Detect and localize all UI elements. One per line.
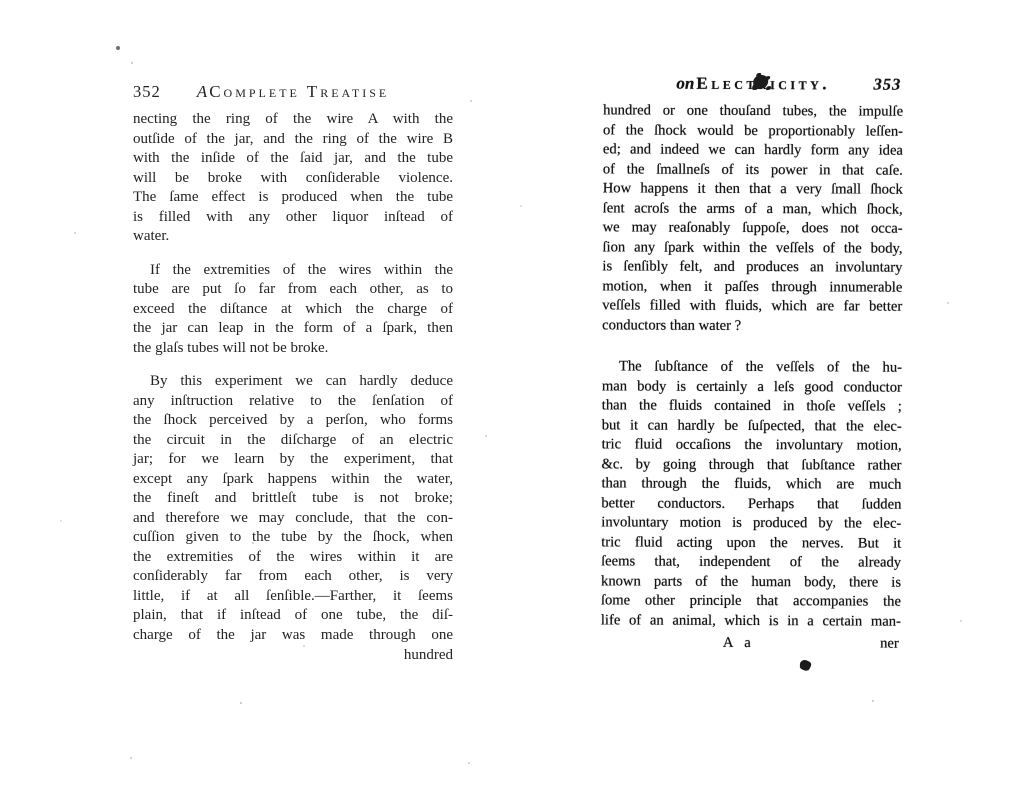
text-line: the glaſs tubes will not be broke. (133, 339, 453, 359)
text-line: and therefore we may conclude, that the … (133, 509, 453, 529)
text-line: necting the ring of the wire A with the (133, 110, 453, 130)
text-line: tric fluid acting upon the nerves. But i… (601, 533, 901, 554)
left-running-header: 352 AComplete Treatise (133, 82, 453, 107)
paragraph: The ſubſtance of the veſſels of the hu-m… (601, 357, 902, 631)
text-line: ſion any ſpark within the veſſels of the… (602, 238, 902, 259)
text-line: is ſenſibly felt, and produces an involu… (602, 257, 902, 278)
text-line: of the ſmallneſs of its power in that ca… (603, 160, 903, 181)
text-line: ſent acroſs the arms of a man, which ſho… (603, 199, 903, 220)
text-line: cuſſion given to the tube by the ſhock, … (133, 528, 453, 548)
paragraph: hundred or one thouſand tubes, the impul… (602, 101, 903, 336)
text-line: the jar can leap in the form of a ſpark,… (133, 319, 453, 339)
text-line: except any ſpark happens within the wate… (133, 470, 453, 490)
text-line: man body is certainly a leſs good conduc… (602, 377, 902, 398)
right-page-body: hundred or one thouſand tubes, the impul… (601, 101, 903, 631)
signature-row: A a ner (601, 634, 901, 655)
text-line: known parts of the human body, there is (601, 572, 901, 593)
text-line: life of an animal, which is in a certain… (601, 611, 901, 632)
running-title-lead: A (197, 82, 207, 101)
text-line: any inſtruction relative to the ſenſatio… (133, 392, 453, 412)
text-line: of the ſhock would be proportionably leſ… (603, 121, 903, 142)
text-line: How happens it then that a very ſmall ſh… (603, 179, 903, 200)
text-line: &c. by going through that ſubſtance rath… (602, 455, 902, 476)
text-line: ſeems that, independent of the already (601, 552, 901, 573)
text-line: The ſubſtance of the veſſels of the hu- (602, 357, 902, 378)
text-line: charge of the jar was made through one (133, 626, 453, 646)
text-line: we may reaſonably ſuppoſe, does not occa… (603, 218, 903, 239)
paragraph: necting the ring of the wire A with theo… (133, 110, 453, 247)
text-line: ſome other principle that accompanies th… (601, 591, 901, 612)
text-line: than through the fluids, which are much (601, 474, 901, 495)
text-line: plain, that if inſtead of one tube, the … (133, 606, 453, 626)
book-scan: 352 AComplete Treatise necting the ring … (0, 0, 1024, 791)
text-line: outſide of the jar, and the ring of the … (133, 130, 453, 150)
ink-blot-icon (798, 658, 812, 672)
text-line: will be broke with conſiderable violence… (133, 169, 453, 189)
text-line: By this experiment we can hardly deduce (133, 372, 453, 392)
text-line: than the fluids contained in thoſe veſſe… (602, 396, 902, 417)
left-catchword: hundred (133, 646, 453, 666)
paragraph: If the extremities of the wires within t… (133, 261, 453, 359)
text-line: with the inſide of the ſaid jar, and the… (133, 149, 453, 169)
right-page-number: 353 (873, 75, 901, 95)
running-title-text: Complete Treatise (209, 82, 389, 101)
text-line: If the extremities of the wires within t… (133, 261, 453, 281)
text-line: motion, when it paſſes through innumerab… (602, 277, 902, 298)
text-line: water. (133, 227, 453, 247)
left-running-title: AComplete Treatise (197, 82, 389, 102)
page-right-353: onElectricity. 353 hundred or one thouſa… (601, 73, 904, 655)
text-line: is filled with any other liquor inſtead … (133, 208, 453, 228)
text-line: but it can hardly be ſuſpected, that the… (602, 416, 902, 437)
text-line: the extremities of the wires within it a… (133, 548, 453, 568)
text-line: conductors than water ? (602, 316, 902, 337)
text-line: The ſame effect is produced when the tub… (133, 188, 453, 208)
text-line: veſſels filled with fluids, which are fa… (602, 296, 902, 317)
text-line: the fineſt and brittleſt tube is not bro… (133, 489, 453, 509)
left-page-body: necting the ring of the wire A with theo… (133, 110, 453, 645)
text-line: ed; and indeed we can hardly form any id… (603, 140, 903, 161)
left-page-number: 352 (133, 82, 161, 102)
text-line: exceed the diſtance at which the charge … (133, 300, 453, 320)
text-line: involuntary motion is produced by the el… (601, 513, 901, 534)
text-line: the circuit in the diſcharge of an elect… (133, 431, 453, 451)
text-line: better conductors. Perhaps that ſudden (601, 494, 901, 515)
scan-speckles (0, 0, 2, 2)
text-line: tube are put ſo far from each other, as … (133, 280, 453, 300)
text-line: tric fluid occaſions the involuntary mot… (602, 435, 902, 456)
running-title-lead: on (676, 74, 694, 93)
text-line: conſiderably far from each other, is ver… (133, 567, 453, 587)
right-catchword: ner (880, 636, 899, 653)
text-line: little, if at all ſenſible.—Farther, it … (133, 587, 453, 607)
gathering-signature: A a (723, 635, 755, 652)
text-line: jar; for we learn by the experiment, tha… (133, 450, 453, 470)
text-line: the ſhock perceived by a perſon, who for… (133, 411, 453, 431)
paragraph: By this experiment we can hardly deducea… (133, 372, 453, 645)
text-line: hundred or one thouſand tubes, the impul… (603, 101, 903, 122)
page-left-352: 352 AComplete Treatise necting the ring … (133, 82, 453, 666)
